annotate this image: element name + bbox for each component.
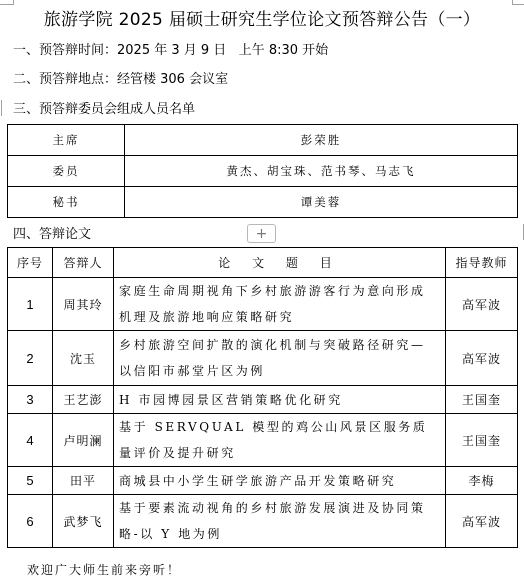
defense-location: 二、预答辩地点：经管楼 306 会议室 xyxy=(13,71,228,89)
row-title: 商城县中小学生研学旅游产品开发策略研究 xyxy=(114,467,446,495)
row-advisor: 王国奎 xyxy=(446,386,518,414)
row-advisor: 高军波 xyxy=(446,278,518,331)
plus-icon: + xyxy=(256,227,268,241)
header-title: 论 文 题 目 xyxy=(114,248,446,278)
committee-role: 秘书 xyxy=(8,187,125,218)
header-advisor: 指导教师 xyxy=(446,248,518,278)
theses-table: 序号 答辩人 论 文 题 目 指导教师 1 周其玲 家庭生命周期视角下乡村旅游游… xyxy=(7,247,518,548)
table-header-row: 序号 答辩人 论 文 题 目 指导教师 xyxy=(8,248,518,278)
row-advisor: 李梅 xyxy=(446,467,518,495)
row-advisor: 王国奎 xyxy=(446,414,518,467)
committee-members: 黄杰、胡宝珠、范书琴、马志飞 xyxy=(125,156,518,187)
table-row: 1 周其玲 家庭生命周期视角下乡村旅游游客行为意向形成机理及旅游地响应策略研究 … xyxy=(8,278,518,331)
page-corner-mark-top-left xyxy=(0,0,14,5)
row-advisor: 高军波 xyxy=(446,495,518,548)
row-number: 2 xyxy=(8,331,53,386)
row-student: 周其玲 xyxy=(53,278,114,331)
row-student: 武梦飞 xyxy=(53,495,114,548)
row-student: 沈玉 xyxy=(53,331,114,386)
row-student: 卢明澜 xyxy=(53,414,114,467)
committee-members: 彭荣胜 xyxy=(125,125,518,156)
table-row: 3 王艺澎 H 市园博园景区营销策略优化研究 王国奎 xyxy=(8,386,518,414)
row-number: 6 xyxy=(8,495,53,548)
table-row: 6 武梦飞 基于要素流动视角的乡村旅游发展演进及协同策略-以 Y 地为例 高军波 xyxy=(8,495,518,548)
defense-time: 一、预答辩时间：2025 年 3 月 9 日 上午 8:30 开始 xyxy=(13,42,328,60)
committee-row: 秘书 谭美蓉 xyxy=(8,187,518,218)
row-title: 基于要素流动视角的乡村旅游发展演进及协同策略-以 Y 地为例 xyxy=(114,495,446,548)
margin-marker-left xyxy=(1,100,2,116)
committee-row: 主席 彭荣胜 xyxy=(8,125,518,156)
row-number: 1 xyxy=(8,278,53,331)
add-row-button[interactable]: + xyxy=(247,224,276,243)
committee-role: 委员 xyxy=(8,156,125,187)
welcome-note: 欢迎广大师生前来旁听！ xyxy=(27,561,181,578)
committee-table: 主席 彭荣胜 委员 黄杰、胡宝珠、范书琴、马志飞 秘书 谭美蓉 xyxy=(7,124,518,218)
table-row: 2 沈玉 乡村旅游空间扩散的演化机制与突破路径研究—以信阳市郝堂片区为例 高军波 xyxy=(8,331,518,386)
committee-role: 主席 xyxy=(8,125,125,156)
table-row: 5 田平 商城县中小学生研学旅游产品开发策略研究 李梅 xyxy=(8,467,518,495)
row-title: 基于 SERVQUAL 模型的鸡公山风景区服务质量评价及提升研究 xyxy=(114,414,446,467)
header-number: 序号 xyxy=(8,248,53,278)
row-student: 田平 xyxy=(53,467,114,495)
committee-members: 谭美蓉 xyxy=(125,187,518,218)
row-number: 5 xyxy=(8,467,53,495)
page-corner-mark-top-right xyxy=(512,0,524,5)
row-number: 4 xyxy=(8,414,53,467)
table-row: 4 卢明澜 基于 SERVQUAL 模型的鸡公山风景区服务质量评价及提升研究 王… xyxy=(8,414,518,467)
row-advisor: 高军波 xyxy=(446,331,518,386)
row-title: H 市园博园景区营销策略优化研究 xyxy=(114,386,446,414)
row-student: 王艺澎 xyxy=(53,386,114,414)
theses-heading: 四、答辩论文 xyxy=(13,226,91,244)
committee-row: 委员 黄杰、胡宝珠、范书琴、马志飞 xyxy=(8,156,518,187)
row-title: 乡村旅游空间扩散的演化机制与突破路径研究—以信阳市郝堂片区为例 xyxy=(114,331,446,386)
row-title: 家庭生命周期视角下乡村旅游游客行为意向形成机理及旅游地响应策略研究 xyxy=(114,278,446,331)
committee-heading: 三、预答辩委员会组成人员名单 xyxy=(13,101,195,119)
row-number: 3 xyxy=(8,386,53,414)
header-student: 答辩人 xyxy=(53,248,114,278)
document-title: 旅游学院 2025 届硕士研究生学位论文预答辩公告（一） xyxy=(0,8,524,32)
